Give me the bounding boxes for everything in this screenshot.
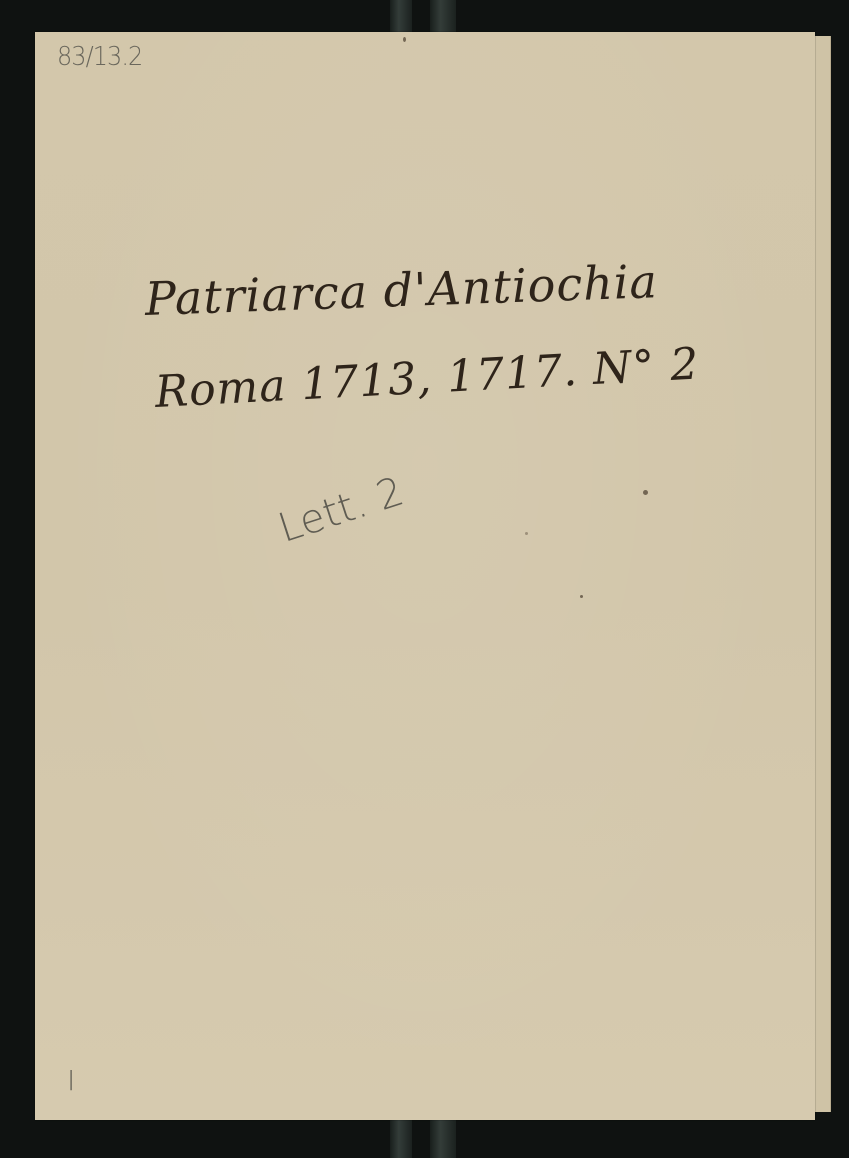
shelf-mark: 83/13.2 — [57, 42, 142, 72]
letter-note: Lett. 2 — [273, 468, 409, 551]
date-line: Roma 1713, 1717. N° 2 — [154, 339, 701, 418]
paper-sheet: 83/13.2 Patriarca d'Antiochia Roma 1713,… — [35, 32, 815, 1120]
ink-speck — [525, 532, 528, 535]
document-title: Patriarca d'Antiochia — [144, 254, 659, 326]
document-scan: 83/13.2 Patriarca d'Antiochia Roma 1713,… — [0, 0, 849, 1158]
ink-speck — [403, 37, 406, 42]
ink-speck — [643, 490, 648, 495]
ink-speck — [580, 595, 583, 598]
volume-mark: I — [67, 1064, 75, 1097]
